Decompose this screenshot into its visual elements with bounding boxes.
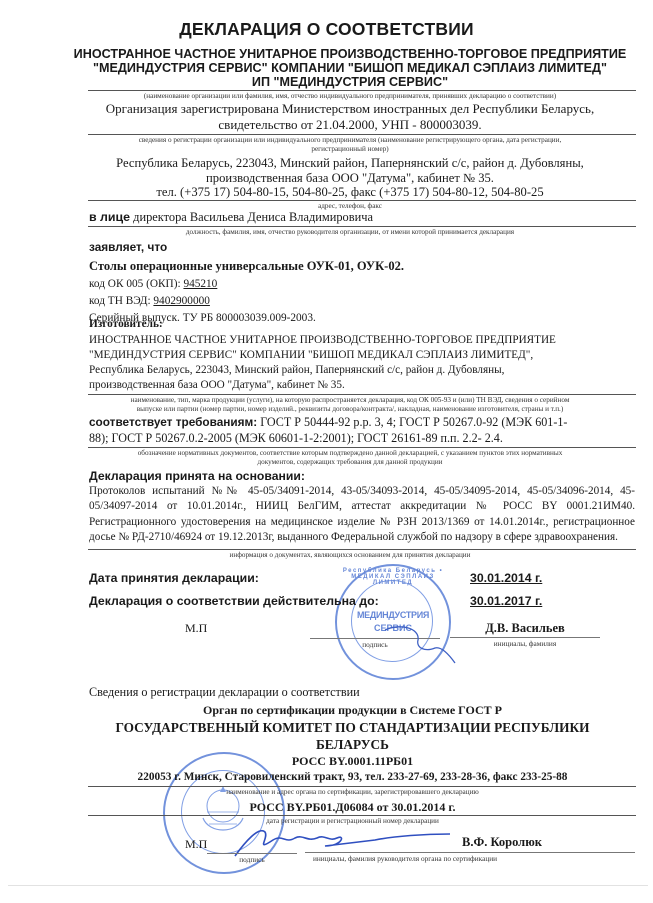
signer1-name: Д.В. Васильев: [450, 621, 600, 636]
cert-body-address: 220053 г. Минск, Старовиленский тракт, 9…: [70, 771, 635, 783]
okp-code: код ОК 005 (ОКП): 945210: [89, 276, 217, 293]
registration-caption-line2: регистрационный номер): [70, 145, 630, 154]
org-name-caption: (наименование организации или фамилия, и…: [70, 92, 630, 101]
signature-scribble-icon: [380, 618, 460, 668]
valid-until-label: Декларация о соответствии действительна …: [89, 594, 379, 608]
basis-caption: информация о документах, являющихся осно…: [70, 551, 630, 560]
registration-info-heading: Сведения о регистрации декларации о соот…: [89, 685, 360, 700]
cert-body-line4: РОСС BY.0001.11РБ01: [70, 754, 635, 769]
org-name-line2: "МЕДИНДУСТРИЯ СЕРВИС" КОМПАНИИ "БИШОП МЕ…: [70, 61, 630, 75]
divider: [88, 90, 636, 91]
manufacturer-caption-line2: выпуске или партии (номер партии, номер …: [70, 405, 630, 414]
mp-stamp-place: М.П: [185, 621, 207, 636]
adopted-date-value: 30.01.2014 г.: [470, 571, 542, 585]
manufacturer-line3: Республика Беларусь, 223043, Минский рай…: [89, 363, 504, 378]
page-edge: [8, 885, 648, 886]
tnved-code: код ТН ВЭД: 9402900000: [89, 293, 210, 310]
divider: [88, 394, 636, 395]
adopted-date-label: Дата принятия декларации:: [89, 571, 259, 585]
signature-line: [305, 852, 635, 853]
cert-body-line2: ГОСУДАРСТВЕННЫЙ КОМИТЕТ ПО СТАНДАРТИЗАЦИ…: [70, 720, 635, 736]
registration-number: РОСС BY.РБ01.Д06084 от 30.01.2014 г.: [70, 800, 635, 815]
basis-label: Декларация принята на основании:: [89, 469, 305, 483]
tnved-label: код ТН ВЭД:: [89, 295, 153, 307]
requirements-line1: соответствует требованиям: ГОСТ Р 50444-…: [89, 415, 567, 430]
signer1-name-caption: инициалы, фамилия: [450, 639, 600, 648]
org-name-line1: ИНОСТРАННОЕ ЧАСТНОЕ УНИТАРНОЕ ПРОИЗВОДСТ…: [70, 47, 630, 61]
representative-caption: должность, фамилия, имя, отчество руково…: [70, 228, 630, 237]
address-line3: тел. (+375 17) 504-80-15, 504-80-25, фак…: [70, 184, 630, 200]
tnved-value: 9402900000: [153, 295, 209, 307]
declares-label: заявляет, что: [89, 240, 167, 254]
address-line1: Республика Беларусь, 223043, Минский рай…: [70, 155, 630, 171]
okp-value: 945210: [183, 278, 217, 290]
basis-text: Протоколов испытаний №№ 45-05/34091-2014…: [89, 484, 635, 546]
document-title: ДЕКЛАРАЦИЯ О СООТВЕТСТВИИ: [0, 19, 653, 40]
divider: [88, 226, 636, 227]
requirements-caption-line1: обозначение нормативных документов, соот…: [70, 449, 630, 458]
divider: [88, 200, 636, 201]
manufacturer-label: Изготовитель:: [89, 318, 163, 330]
representative: в лице директора Васильева Дениса Владим…: [89, 210, 373, 225]
requirements-line2: 88); ГОСТ Р 50267.0.2-2005 (МЭК 60601-1-…: [89, 431, 503, 446]
registration-line1: Организация зарегистрирована Министерств…: [70, 101, 630, 117]
org-name-line3: ИП "МЕДИНДУСТРИЯ СЕРВИС": [70, 75, 630, 89]
representative-label: в лице: [89, 210, 130, 224]
requirements-value-line1: ГОСТ Р 50444-92 р.р. 3, 4; ГОСТ Р 50267.…: [257, 415, 567, 429]
divider: [88, 134, 636, 135]
signature-line: [207, 853, 297, 854]
cert-body-line1: Орган по сертификации продукции в Систем…: [70, 703, 635, 718]
manufacturer-line1: ИНОСТРАННОЕ ЧАСТНОЕ УНИТАРНОЕ ПРОИЗВОДСТ…: [89, 333, 556, 348]
registration-caption-line1: сведения о регистрации организации или и…: [70, 136, 630, 145]
divider: [88, 549, 636, 550]
manufacturer-line2: "МЕДИНДУСТРИЯ СЕРВИС" КОМПАНИИ "БИШОП МЕ…: [89, 348, 533, 363]
requirements-caption-line2: документов, содержащих требования для да…: [70, 458, 630, 467]
okp-label: код ОК 005 (ОКП):: [89, 278, 183, 290]
registration-line2: свидетельство от 21.04.2000, УНП - 80000…: [70, 117, 630, 133]
cert-body-line3: БЕЛАРУСЬ: [70, 737, 635, 753]
manufacturer-caption-line1: наименование, тип, марка продукции (услу…: [70, 396, 630, 405]
product-name: Столы операционные универсальные ОУК-01,…: [89, 259, 404, 274]
signer2-name: В.Ф. Королюк: [462, 835, 542, 850]
divider: [88, 786, 636, 787]
requirements-label: соответствует требованиям:: [89, 415, 257, 429]
seal-ring-text: Республика Беларусь • МЕДИКАЛ СЭПЛАИЗ ЛИ…: [337, 568, 449, 586]
signer2-name-caption: инициалы, фамилия руководителя органа по…: [313, 854, 497, 863]
signature-line: [450, 637, 600, 638]
divider: [88, 815, 636, 816]
representative-value: директора Васильева Дениса Владимировича: [130, 210, 373, 224]
divider: [88, 447, 636, 448]
manufacturer-line4: производственная база ООО "Датума", каби…: [89, 378, 345, 393]
mp-stamp-place-2: М.П: [185, 837, 207, 852]
cert-body-caption: наименование и адрес органа по сертифика…: [70, 788, 635, 797]
signature-caption-2: подпись: [207, 855, 297, 864]
valid-until-value: 30.01.2017 г.: [470, 594, 542, 608]
